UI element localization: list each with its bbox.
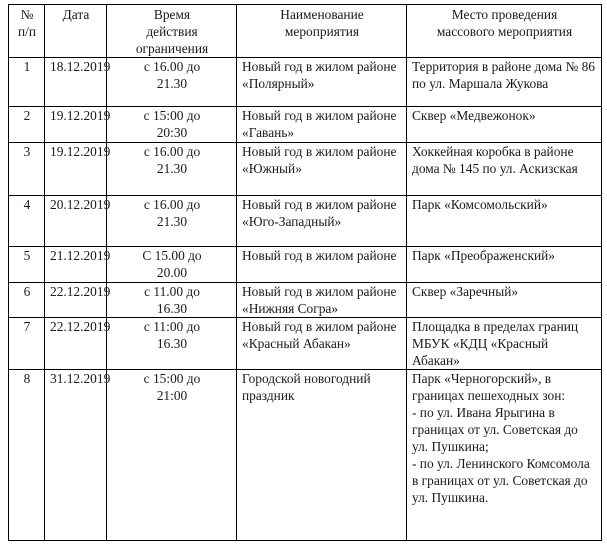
cell-event-place: Площадка в пределах границ МБУК «КДЦ «Кр… bbox=[407, 318, 602, 370]
cell-event-name: Новый год в жилом районе bbox=[237, 247, 407, 283]
cell-date: 21.12.2019 bbox=[45, 247, 107, 283]
cell-number: 3 bbox=[9, 143, 45, 196]
cell-time: с 11:00 до 16.30 bbox=[107, 318, 237, 370]
cell-time: с 15:00 до 20:30 bbox=[107, 107, 237, 143]
cell-time: с 16.00 до 21.30 bbox=[107, 196, 237, 247]
events-table: № п/п Дата Время действия ограничения На… bbox=[8, 4, 602, 541]
cell-event-place: Сквер «Заречный» bbox=[407, 283, 602, 318]
cell-number: 5 bbox=[9, 247, 45, 283]
cell-event-place: Сквер «Медвежонок» bbox=[407, 107, 602, 143]
cell-time: с 16.00 до 21.30 bbox=[107, 143, 237, 196]
cell-number: 8 bbox=[9, 370, 45, 541]
cell-number: 2 bbox=[9, 107, 45, 143]
header-event-place: Место проведения массового мероприятия bbox=[407, 5, 602, 58]
cell-event-place: Хоккейная коробка в районе дома № 145 по… bbox=[407, 143, 602, 196]
cell-time: с 11.00 до 16.30 bbox=[107, 283, 237, 318]
table-header-row: № п/п Дата Время действия ограничения На… bbox=[9, 5, 602, 58]
cell-date: 18.12.2019 bbox=[45, 58, 107, 107]
table-row: 3 19.12.2019 с 16.00 до 21.30 Новый год … bbox=[9, 143, 602, 196]
table-row: 6 22.12.2019 с 11.00 до 16.30 Новый год … bbox=[9, 283, 602, 318]
cell-date: 20.12.2019 bbox=[45, 196, 107, 247]
cell-event-place: Территория в районе дома № 86 по ул. Мар… bbox=[407, 58, 602, 107]
header-event-name: Наименование мероприятия bbox=[237, 5, 407, 58]
header-number: № п/п bbox=[9, 5, 45, 58]
cell-time: с 15:00 до 21:00 bbox=[107, 370, 237, 541]
cell-event-place: Парк «Преображенский» bbox=[407, 247, 602, 283]
table-row: 4 20.12.2019 с 16.00 до 21.30 Новый год … bbox=[9, 196, 602, 247]
cell-number: 4 bbox=[9, 196, 45, 247]
cell-event-place: Парк «Черногорский», в границах пешеходн… bbox=[407, 370, 602, 541]
header-time: Время действия ограничения bbox=[107, 5, 237, 58]
table-row: 2 19.12.2019 с 15:00 до 20:30 Новый год … bbox=[9, 107, 602, 143]
table-row: 1 18.12.2019 с 16.00 до 21.30 Новый год … bbox=[9, 58, 602, 107]
cell-time: С 15.00 до 20.00 bbox=[107, 247, 237, 283]
cell-date: 22.12.2019 bbox=[45, 283, 107, 318]
cell-date: 19.12.2019 bbox=[45, 143, 107, 196]
cell-event-name: Новый год в жилом районе «Южный» bbox=[237, 143, 407, 196]
header-date: Дата bbox=[45, 5, 107, 58]
table-row: 5 21.12.2019 С 15.00 до 20.00 Новый год … bbox=[9, 247, 602, 283]
cell-date: 31.12.2019 bbox=[45, 370, 107, 541]
table-row: 7 22.12.2019 с 11:00 до 16.30 Новый год … bbox=[9, 318, 602, 370]
cell-event-name: Новый год в жилом районе «Юго-Западный» bbox=[237, 196, 407, 247]
cell-date: 19.12.2019 bbox=[45, 107, 107, 143]
cell-event-name: Новый год в жилом районе «Гавань» bbox=[237, 107, 407, 143]
cell-date: 22.12.2019 bbox=[45, 318, 107, 370]
cell-number: 6 bbox=[9, 283, 45, 318]
cell-event-place: Парк «Комсомольский» bbox=[407, 196, 602, 247]
cell-event-name: Городской новогодний праздник bbox=[237, 370, 407, 541]
cell-event-name: Новый год в жилом районе «Красный Абакан… bbox=[237, 318, 407, 370]
table-row: 8 31.12.2019 с 15:00 до 21:00 Городской … bbox=[9, 370, 602, 541]
cell-event-name: Новый год в жилом районе «Полярный» bbox=[237, 58, 407, 107]
cell-event-name: Новый год в жилом районе «Нижняя Согра» bbox=[237, 283, 407, 318]
cell-number: 7 bbox=[9, 318, 45, 370]
cell-time: с 16.00 до 21.30 bbox=[107, 58, 237, 107]
cell-number: 1 bbox=[9, 58, 45, 107]
